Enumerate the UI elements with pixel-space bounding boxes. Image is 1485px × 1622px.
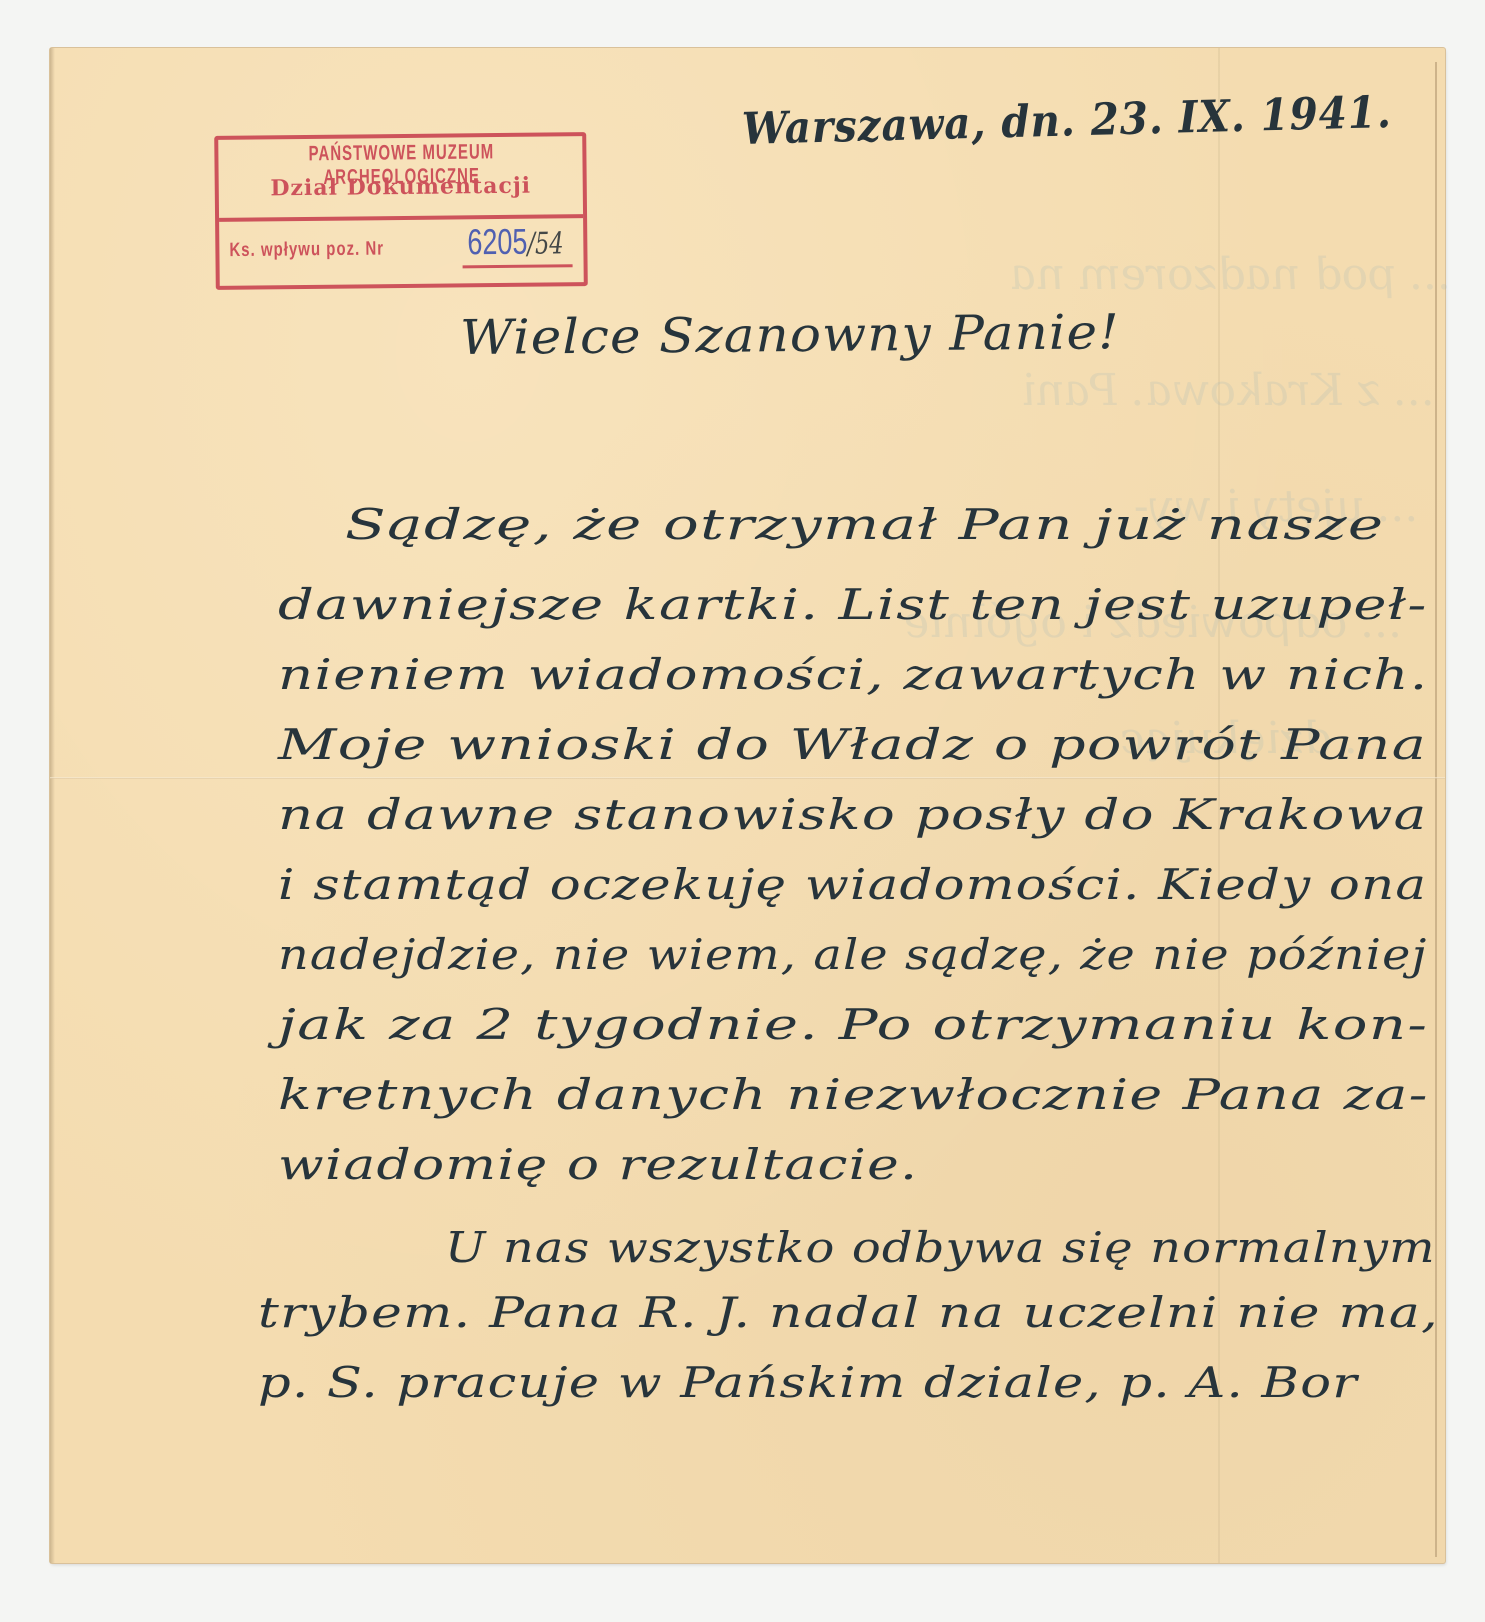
stamp-department: Dział Dokumentacji — [219, 172, 583, 202]
body-line: Moje wnioski do Władz o powrót Pana — [278, 720, 1427, 769]
horizontal-fold-line — [50, 777, 1445, 779]
body-line: U nas wszystko odbywa się normalnym — [445, 1223, 1436, 1272]
stamp-register-label: Ks. wpływu poz. Nr — [229, 238, 384, 262]
bleed-line: ... z Krakowa. Pani — [252, 362, 1440, 420]
body-line: jak za 2 tygodnie. Po otrzymaniu kon- — [278, 1000, 1428, 1049]
body-line: trybem. Pana R. J. nadal na uczelni nie … — [258, 1288, 1439, 1337]
stamp-register-number: 6205/54 — [467, 220, 564, 263]
register-suffix: /54 — [527, 226, 564, 261]
salutation: Wielce Szanowny Panie! — [460, 304, 1120, 366]
body-line: i stamtąd oczekuję wiadomości. Kiedy ona — [278, 860, 1427, 909]
letter-page: ... pod nadzorem na ... z Krakowa. Pani … — [50, 48, 1445, 1563]
archive-stamp: PAŃSTWOWE MUZEUM ARCHEOLOGICZNE Dział Do… — [214, 132, 588, 290]
body-line: Sądzę, że otrzymał Pan już nasze — [345, 500, 1385, 549]
place-date: Warszawa, dn. 23. IX. 1941. — [741, 87, 1392, 155]
body-line: na dawne stanowisko posły do Krakowa — [278, 790, 1428, 839]
body-line: wiadomię o rezultacie. — [278, 1140, 918, 1189]
stamp-underline — [463, 264, 573, 268]
body-line: nadejdzie, nie wiem, ale sądzę, że nie p… — [278, 930, 1427, 979]
register-number: 6205 — [467, 221, 527, 263]
body-line: dawniejsze kartki. List ten jest uzupeł- — [278, 580, 1428, 629]
body-line: kretnych danych niezwłocznie Pana za- — [278, 1070, 1429, 1119]
body-line: p. S. pracuje w Pańskim dziale, p. A. Bo… — [258, 1358, 1358, 1407]
page-edge — [50, 48, 55, 1563]
body-line: nieniem wiadomości, zawartych w nich. — [278, 650, 1428, 699]
